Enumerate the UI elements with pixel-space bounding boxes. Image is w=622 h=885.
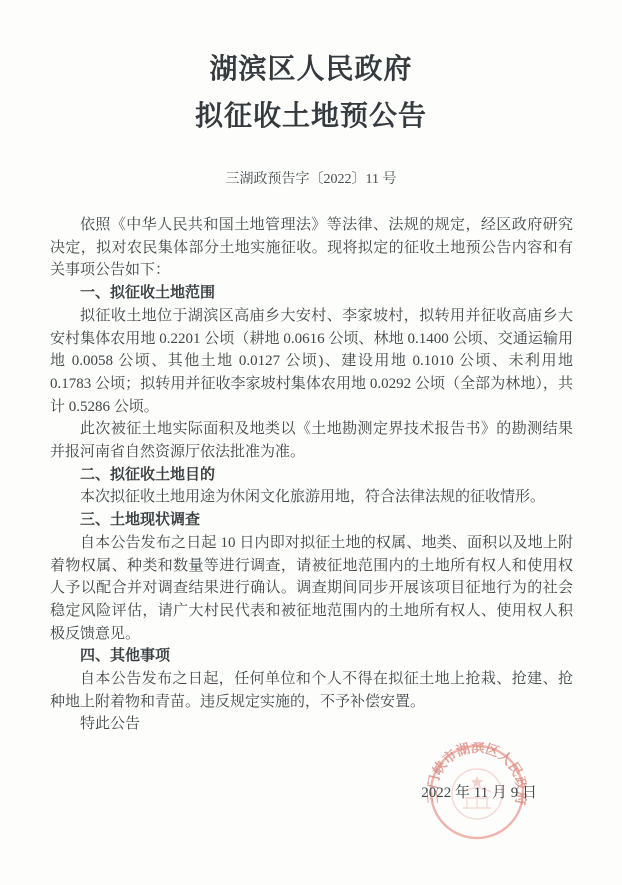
- document-number: 三湖政预告字〔2022〕11 号: [0, 170, 622, 190]
- closing-text: 特此公告: [50, 713, 573, 736]
- document-title-line-2: 拟征收土地预公告: [0, 93, 622, 140]
- document-title: 湖滨区人民政府 拟征收土地预公告: [0, 0, 622, 140]
- intro-paragraph: 依照《中华人民共和国土地管理法》等法律、法规的规定，经区政府研究决定，拟对农民集…: [50, 214, 573, 282]
- section-4-paragraph-1: 自本公告发布之日起，任何单位和个人不得在拟征土地上抢栽、抢建、抢种地上附着物和青…: [50, 668, 573, 713]
- section-2-paragraph-1: 本次拟征收土地用途为休闲文化旅游用地，符合法律法规的征收情形。: [50, 486, 573, 509]
- section-1-paragraph-2: 此次被征土地实际面积及地类以《土地勘测定界技术报告书》的勘测结果并报河南省自然资…: [50, 418, 573, 463]
- section-3-paragraph-1: 自本公告发布之日起 10 日内即对拟征土地的权属、地类、面积以及地上附着物权属、…: [50, 532, 573, 646]
- document-title-line-1: 湖滨区人民政府: [0, 46, 622, 93]
- section-2-heading: 二、拟征收土地目的: [50, 464, 573, 487]
- section-1-paragraph-1: 拟征收土地位于湖滨区高庙乡大安村、李家坡村，拟转用并征收高庙乡大安村集体农用地 …: [50, 305, 573, 419]
- section-4-heading: 四、其他事项: [50, 645, 573, 668]
- document-body: 依照《中华人民共和国土地管理法》等法律、法规的规定，经区政府研究决定，拟对农民集…: [50, 214, 573, 736]
- section-1-heading: 一、拟征收土地范围: [50, 282, 573, 305]
- section-3-heading: 三、土地现状调查: [50, 509, 573, 532]
- issue-date: 2022 年 11 月 9 日: [421, 783, 537, 803]
- document-page: 湖滨区人民政府 拟征收土地预公告 三湖政预告字〔2022〕11 号 依照《中华人…: [0, 0, 622, 885]
